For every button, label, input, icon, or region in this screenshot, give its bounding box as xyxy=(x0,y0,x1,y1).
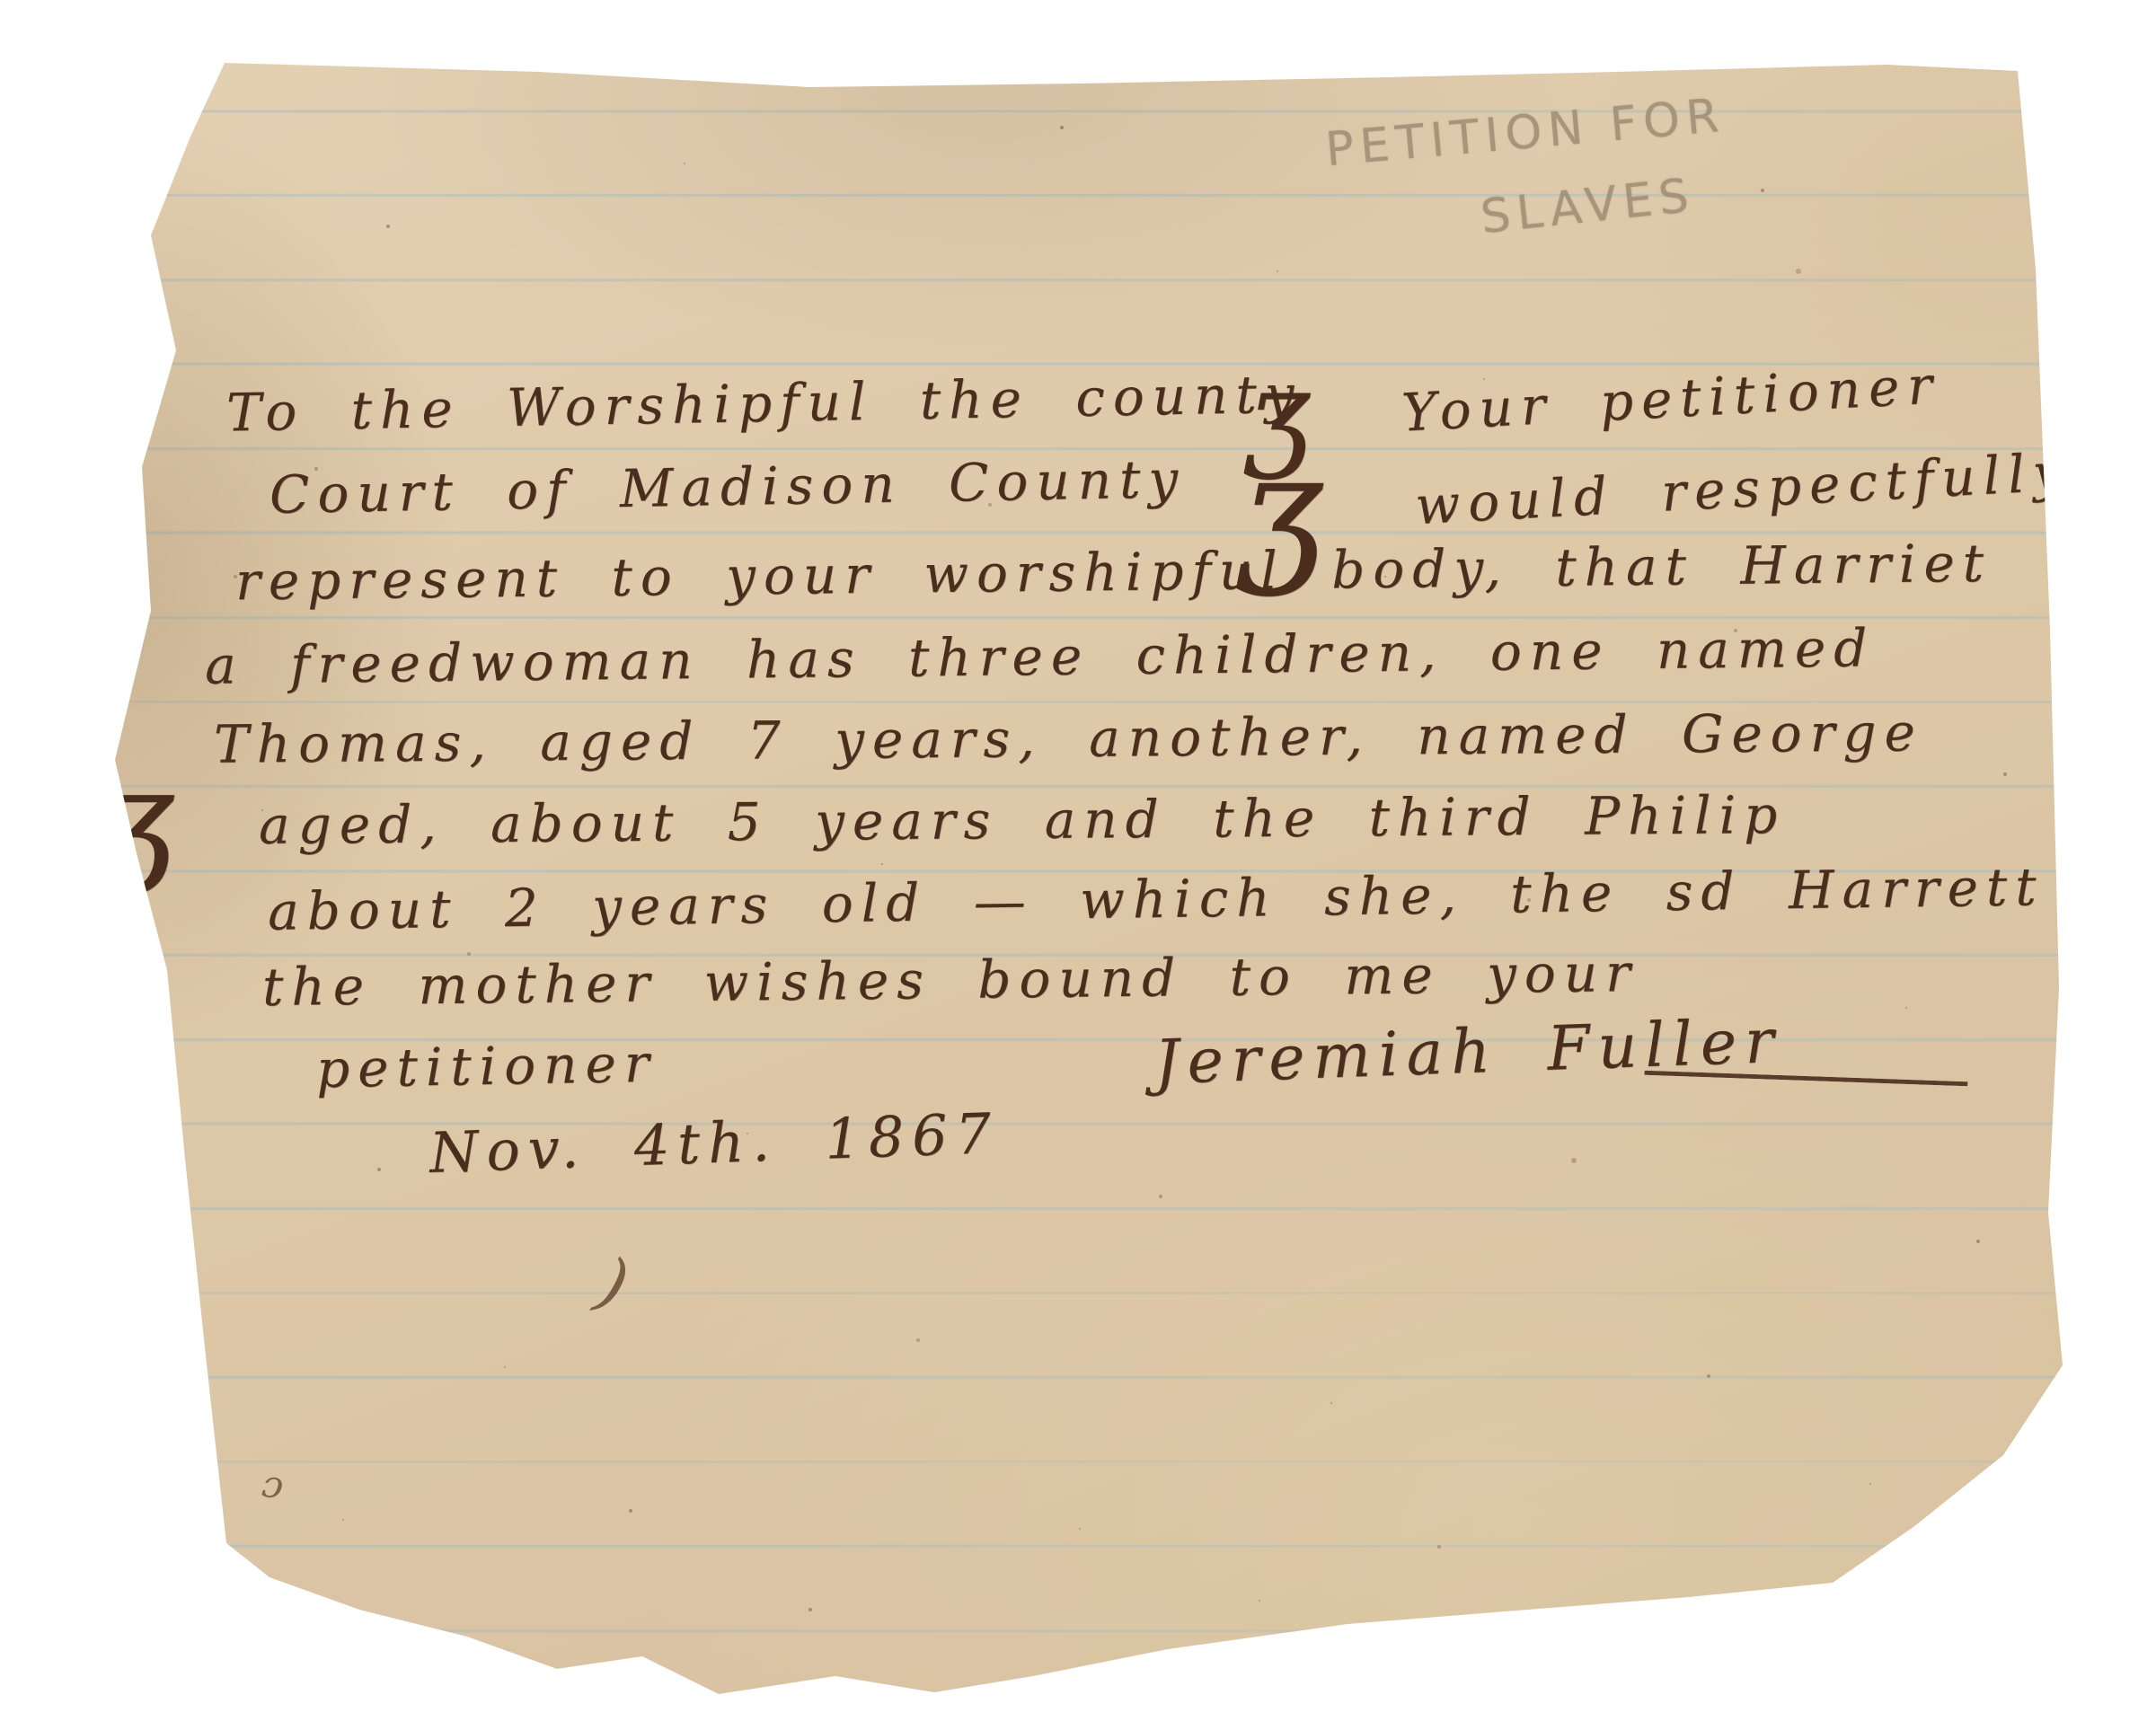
ink-doodle-loop: ) xyxy=(590,1248,635,1319)
petition-line3: represent to your worshipful body, that … xyxy=(235,537,1993,607)
ink-doodle-small: ɔ xyxy=(260,1465,286,1505)
petition-line7: about 2 years old — which she, the sd Ha… xyxy=(268,861,2045,938)
petition-line2-right: would respectfully xyxy=(1414,446,2072,532)
pencil-annotation-line2: SLAVES xyxy=(1479,169,1698,245)
petition-line8: the mother wishes bound to me your xyxy=(262,947,1639,1013)
petition-line2-left: Court of Madison County xyxy=(269,453,1187,521)
petition-line1-left: To the Worshipful the county xyxy=(226,368,1303,439)
petition-line9: petitioner xyxy=(316,1037,658,1096)
aged-paper-sheet: PETITION FOR SLAVES To the Worshipful th… xyxy=(0,0,2156,1730)
petition-line5: Thomas, aged 7 years, another, named Geo… xyxy=(214,706,1923,770)
scanned-document-page: PETITION FOR SLAVES To the Worshipful th… xyxy=(0,0,2156,1730)
petition-line6: aged, about 5 years and the third Philip xyxy=(259,789,1786,852)
signature-flourish xyxy=(1644,1071,1968,1110)
petition-line1-right: Your petitioner xyxy=(1401,358,1941,438)
pencil-annotation-line1: PETITION FOR xyxy=(1323,89,1727,178)
foxing-specks xyxy=(0,0,4,4)
date-line: Nov. 4th. 1867 xyxy=(429,1106,1000,1181)
margin-brace: ʒ xyxy=(99,765,175,873)
petition-line4: a freedwoman has three children, one nam… xyxy=(205,622,1876,691)
